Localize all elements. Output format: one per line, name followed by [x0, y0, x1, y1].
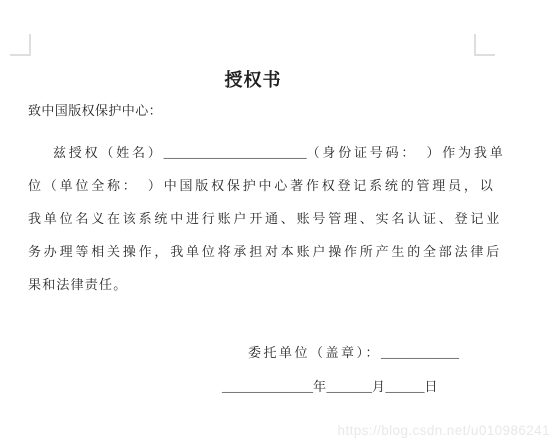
year-label: 年 — [313, 379, 327, 394]
name-blank-field: ______________________ — [164, 145, 307, 160]
seal-signature-line: 委托单位（盖章）：____________ — [248, 344, 459, 362]
day-blank-field: ______ — [386, 379, 425, 394]
paragraph-line-3: 我单位名义在该系统中进行账户开通、账号管理、实名认证、登记业 — [28, 202, 520, 235]
seal-blank-field: ____________ — [381, 345, 459, 360]
document-title: 授权书 — [0, 66, 506, 92]
text-boundary-mark-top-right — [474, 34, 495, 56]
day-label: 日 — [425, 379, 439, 394]
paragraph-line-2: 位（单位全称： ）中国版权保护中心著作权登记系统的管理员，以 — [28, 169, 520, 202]
id-number-label: （身份证号码： ）作为我单 — [307, 145, 506, 160]
document-page: 授权书 致中国版权保护中心： 兹授权（姓名）__________________… — [0, 0, 553, 445]
year-blank-field: ______________ — [222, 379, 313, 394]
csdn-watermark: https://blog.csdn.net/u010986241 — [338, 423, 550, 438]
body-paragraph: 兹授权（姓名）______________________（身份证号码： ）作为… — [28, 136, 520, 301]
seal-label: 委托单位（盖章）： — [248, 345, 381, 360]
paragraph-line-5: 果和法律责任。 — [28, 268, 520, 301]
month-blank-field: _______ — [327, 379, 373, 394]
authorize-name-label: 兹授权（姓名） — [53, 145, 164, 160]
date-signature-line: ______________年_______月______日 — [222, 378, 438, 396]
salutation-line: 致中国版权保护中心： — [28, 102, 162, 120]
paragraph-line-4: 务办理等相关操作，我单位将承担对本账户操作所产生的全部法律后 — [28, 235, 520, 268]
paragraph-line-1: 兹授权（姓名）______________________（身份证号码： ）作为… — [28, 136, 520, 169]
text-boundary-mark-top-left — [10, 34, 31, 56]
month-label: 月 — [372, 379, 386, 394]
